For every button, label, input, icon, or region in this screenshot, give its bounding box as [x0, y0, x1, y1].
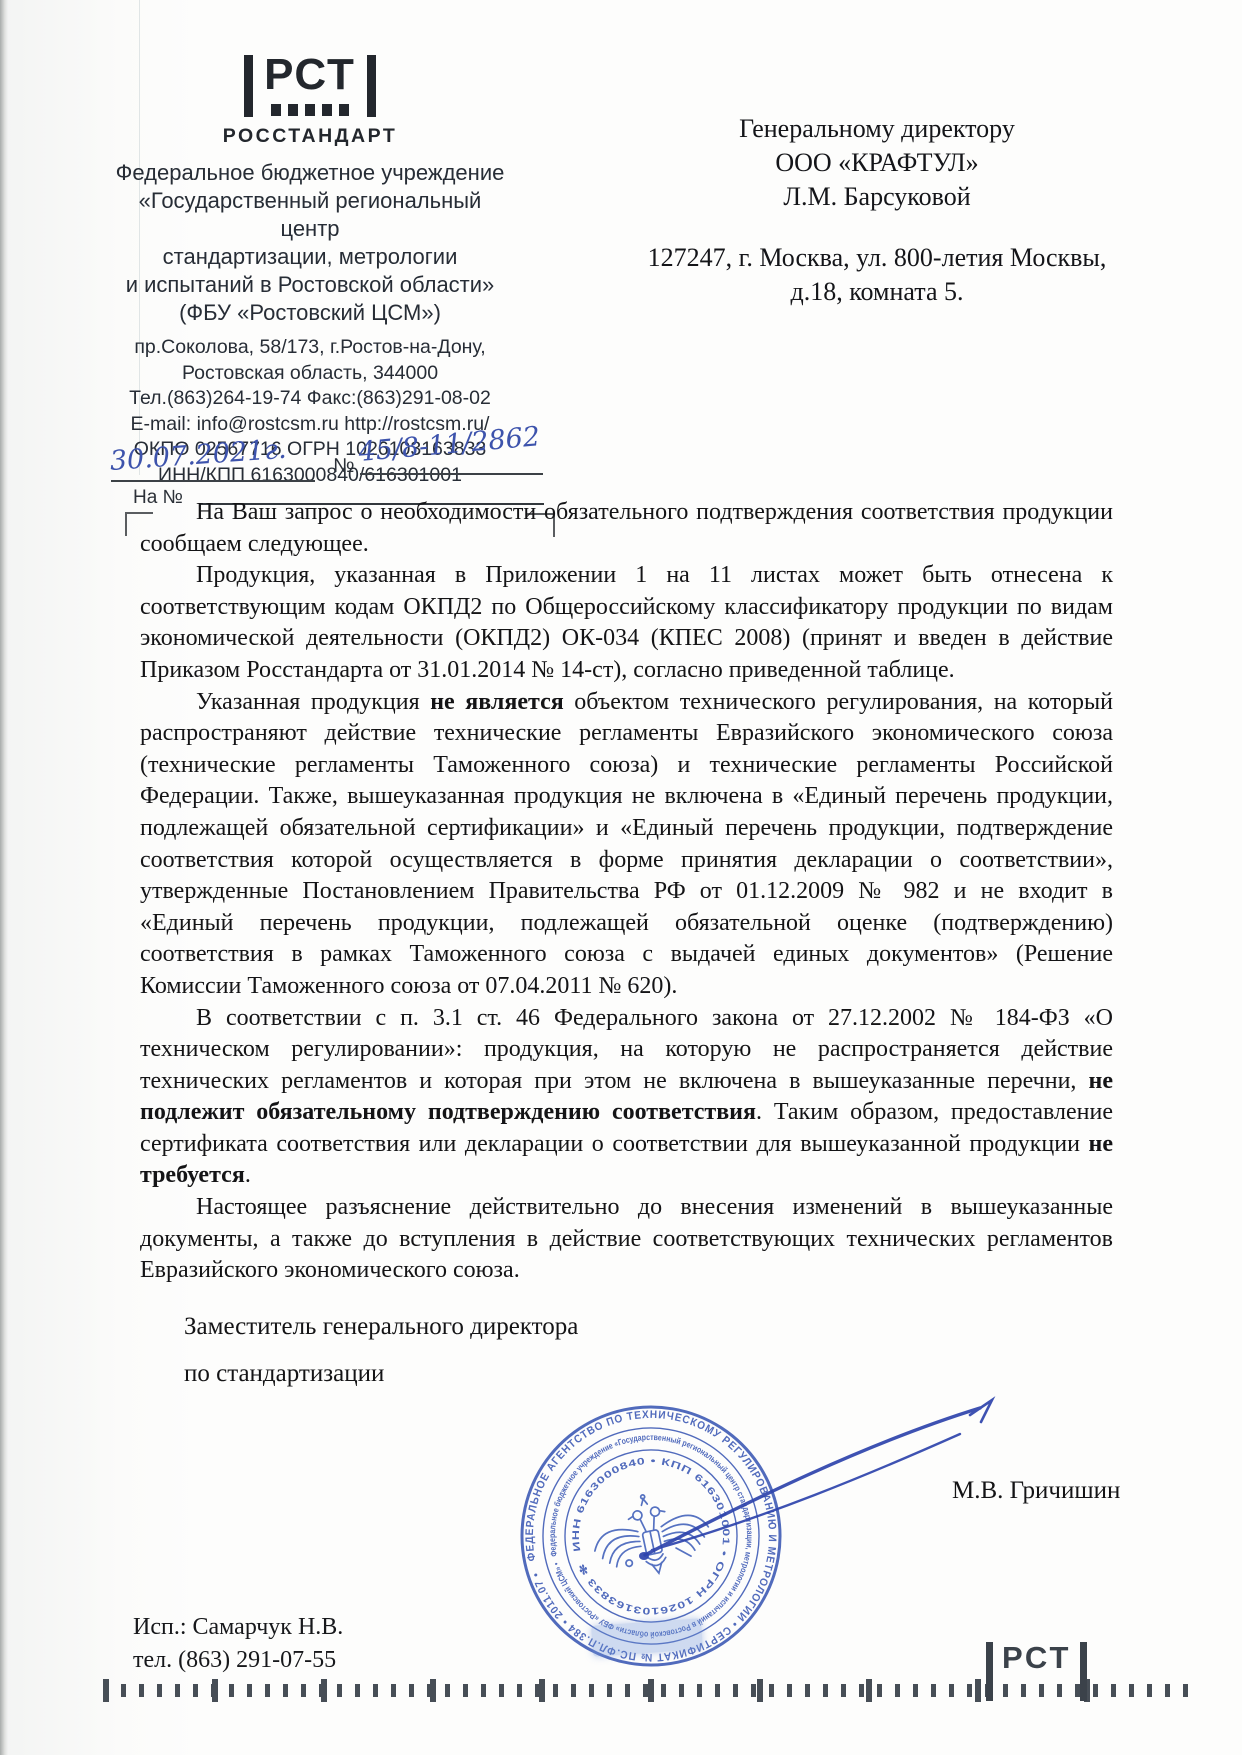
paragraph: Настоящее разъяснение действительно до в…: [140, 1192, 1113, 1287]
logo-right-bar: [367, 55, 376, 117]
outgoing-number-field: 45/8-11/2862: [360, 437, 543, 475]
paragraph: В соответствии с п. 3.1 ст. 46 Федеральн…: [140, 1003, 1113, 1193]
logo-dashes: [271, 104, 349, 116]
address-line: 127247, г. Москва, ул. 800-летия Москвы,: [612, 241, 1142, 275]
signer-position-line: по стандартизации: [184, 1350, 578, 1397]
org-line: «Государственный региональный центр: [108, 187, 512, 243]
signer-position-line: Заместитель генерального директора: [184, 1303, 578, 1350]
footer-rst-logo-icon: РСТ: [986, 1642, 1087, 1701]
agency-name: РОССТАНДАРТ: [108, 125, 512, 148]
executor-block: Исп.: Самарчук Н.В. тел. (863) 291-07-55: [133, 1611, 343, 1677]
mini-logo-left-bar: [986, 1642, 993, 1701]
contact-line: Ростовская область, 344000: [108, 361, 512, 387]
contact-line: пр.Соколова, 58/173, г.Ростов-на-Дону,: [108, 335, 512, 361]
org-line: Федеральное бюджетное учреждение: [108, 159, 512, 187]
addressee-line: ООО «КРАФТУЛ»: [612, 146, 1142, 180]
logo-left-bar: [244, 55, 253, 117]
letterhead: РСТ РОССТАНДАРТ Федеральное бюджетное уч…: [108, 55, 512, 488]
paragraph: На Ваш запрос о необходимости обязательн…: [140, 497, 1113, 560]
org-line: стандартизации, метрологии: [108, 243, 512, 271]
logo-center: РСТ: [264, 55, 356, 117]
org-line: (ФБУ «Ростовский ЦСМ»): [108, 299, 512, 327]
addressee-line: Л.М. Барсуковой: [612, 180, 1142, 214]
addressee-block: Генеральному директору ООО «КРАФТУЛ» Л.М…: [612, 112, 1142, 309]
signer-position: Заместитель генерального директора по ст…: [184, 1303, 578, 1397]
org-line: и испытаний в Ростовской области»: [108, 271, 512, 299]
pen-signature: [540, 1370, 1040, 1580]
number-sign-label: №: [333, 455, 354, 478]
rosstandart-logo-icon: РСТ: [108, 55, 512, 117]
mini-logo-right-bar: [1080, 1642, 1087, 1701]
date-field: 30.07.2021г.: [111, 446, 315, 482]
organization-name: Федеральное бюджетное учреждение «Госуда…: [108, 159, 512, 327]
paragraph: Указанная продукция не является объектом…: [140, 687, 1113, 1003]
address-line: д.18, комната 5.: [612, 275, 1142, 309]
scanned-letter-page: РСТ РОССТАНДАРТ Федеральное бюджетное уч…: [0, 0, 1242, 1755]
executor-name: Исп.: Самарчук Н.В.: [133, 1611, 343, 1644]
letter-body: На Ваш запрос о необходимости обязательн…: [140, 497, 1113, 1287]
mini-logo-letters: РСТ: [1002, 1642, 1071, 1674]
addressee-line: Генеральному директору: [612, 112, 1142, 146]
executor-phone: тел. (863) 291-07-55: [133, 1644, 343, 1677]
contact-line: Тел.(863)264-19-74 Факс:(863)291-08-02: [108, 386, 512, 412]
paragraph: Продукция, указанная в Приложении 1 на 1…: [140, 560, 1113, 686]
logo-letters: РСТ: [264, 55, 356, 95]
addressee-address: 127247, г. Москва, ул. 800-летия Москвы,…: [612, 241, 1142, 309]
scan-edge-shadow: [0, 0, 8, 1755]
